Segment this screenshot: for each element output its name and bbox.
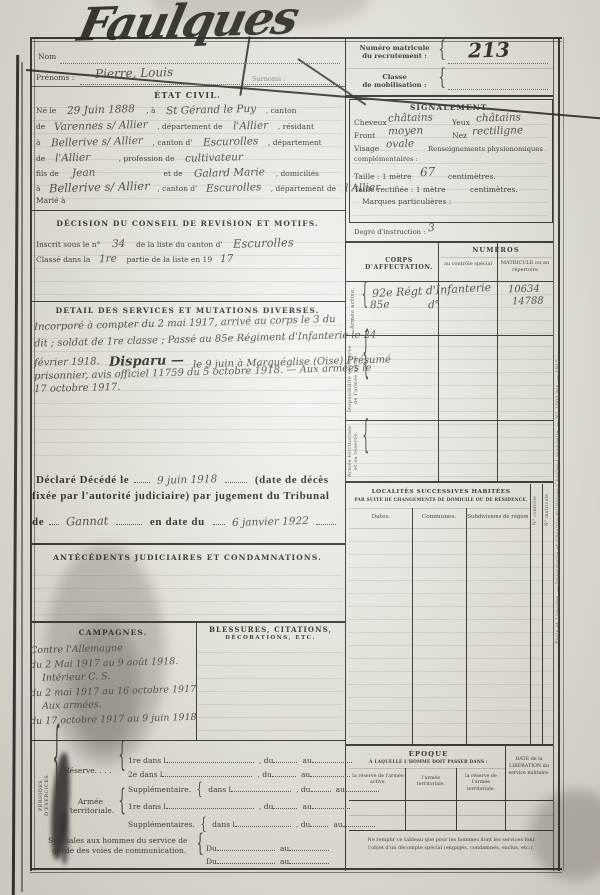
epoque-subheader-rule — [349, 800, 553, 801]
deces-leader-4 — [116, 516, 142, 525]
deces-label-3: de — [32, 516, 44, 528]
matricule-box-bottom — [345, 95, 553, 97]
binding-edge-line — [12, 55, 19, 895]
canton3-label: , canton d' — [157, 184, 197, 193]
epoque-body-bottom — [349, 830, 553, 831]
numero-brace: { — [438, 39, 445, 61]
classe-label-2: partie de la liste en 19 — [126, 255, 212, 264]
speciales-du-2: Du — [206, 857, 217, 866]
row-4-label: 1re dans l — [128, 802, 166, 811]
classe-leader — [448, 88, 548, 90]
prenoms-leader — [80, 83, 340, 85]
numeros-title: NUMÉROS — [440, 246, 552, 254]
classe-mobilisation-label: Classede mobilisation : — [352, 73, 437, 90]
numero-matricule-label: Numéro matriculedu recrutement : — [352, 44, 437, 61]
speciales-leader-2 — [217, 855, 275, 864]
taille-rectifiee-unit: centimètres. — [470, 185, 518, 194]
row-5-au-leader — [343, 818, 375, 827]
exercices-row-5: Supplémentaires. { dans l , du au — [128, 812, 375, 831]
corps-row-divider-1 — [345, 335, 553, 336]
exercices-main-brace: { — [52, 721, 61, 799]
form-border-bottom-inner — [30, 872, 562, 873]
campagnes-title: CAMPAGNES. — [30, 628, 196, 637]
jugement-date: 6 janvier 1922 — [232, 515, 309, 529]
printer-imprint: Paris et Limoges. — Imprimerie et librai… — [555, 250, 561, 750]
nom-leader — [60, 62, 340, 64]
reserve-brace: { — [118, 740, 125, 774]
col-subdivisions-header: Subdivisions de région — [466, 514, 530, 520]
row-4-au-leader — [312, 800, 350, 809]
suppl2-label: Supplémentaires. — [128, 820, 195, 829]
epoque-subtitle: À LAQUELLE L'HOMME DOIT PASSER DANS : — [352, 760, 505, 765]
col-controle-vertical-label: N° contrôle — [532, 489, 537, 531]
classe-brace: { — [438, 67, 445, 89]
visage-value: ovale — [386, 138, 414, 151]
classe-label-line-1: Classe — [382, 73, 406, 81]
scanned-document: Faulques Nom Prénoms : Pierre, Louis Sur… — [0, 0, 600, 895]
classe-partie: 1re — [99, 253, 117, 265]
side-label-disponibilite-2: de l'armée active. — [354, 340, 359, 418]
speciales-leader-2b — [289, 855, 329, 864]
degre-instruction-value: 3 — [428, 222, 435, 234]
localites-header-rule — [349, 508, 530, 509]
form-border-bottom — [30, 868, 562, 870]
epoque-col-3-header: la réserve de l'armée territoriale. — [458, 774, 504, 793]
row-4-leader — [166, 800, 254, 809]
corps-table-top — [345, 241, 553, 243]
regiment-entry-2: 85e — [370, 299, 390, 312]
renseignements-label-1: Renseignements physionomiques — [428, 145, 543, 153]
corps-row-divider-2 — [345, 420, 553, 421]
prenoms-label: Prénoms : — [36, 73, 74, 82]
campagnes-line-5: Aux armées. — [42, 699, 102, 712]
smudge-bottom-right — [530, 790, 600, 880]
prenoms-value: Pierre, Louis — [95, 65, 173, 81]
numero-classe-divider — [345, 68, 553, 69]
row-3-au: au — [336, 785, 345, 794]
numero-matricule-label-1: Numéro matricule — [359, 44, 429, 52]
row-5-du: , du — [296, 820, 310, 829]
services-title: DETAIL DES SERVICES ET MUTATIONS DIVERSE… — [30, 306, 345, 315]
speciales-brace: { — [196, 832, 203, 857]
visage-label: Visage — [354, 144, 379, 153]
territoriale-brace: { — [118, 788, 125, 817]
epoque-col-2-header: l'armée territoriale. — [407, 776, 455, 789]
surname-signature: Faulques — [73, 0, 302, 52]
front-label: Front — [354, 131, 375, 140]
deces-line-2: fixée par l'autorité judiciaire) par jug… — [32, 490, 330, 502]
blessures-title-2: DÉCORATIONS, ETC. — [196, 635, 345, 641]
tribunal-name: Gannat — [66, 513, 109, 528]
matricule-entry-2: 14788 — [512, 296, 544, 308]
speciales-label-1: Spéciales aux hommes du service de — [48, 836, 187, 845]
binding-edge-line-2 — [21, 62, 23, 892]
regiment-entry-2-ditto: d° — [428, 299, 440, 311]
suppl-dans-l: dans l — [208, 785, 231, 794]
epoque-col-divider-2 — [456, 768, 457, 830]
deces-leader-2 — [225, 474, 247, 483]
speciales-au-2: au — [280, 857, 289, 866]
domicile-canton: Escurolles — [206, 181, 262, 194]
localites-bottom — [345, 744, 553, 746]
taille-value: 67 — [420, 165, 436, 179]
deces-label-2: (date de décès — [255, 474, 329, 486]
matricule-entry-1: 10634 — [508, 284, 540, 296]
epoque-row-rule — [349, 815, 553, 816]
classe-label-line-2: de mobilisation : — [363, 81, 427, 89]
domicile-value: Bellerive s/ Allier — [48, 179, 149, 196]
row-2-au-leader — [310, 768, 350, 777]
header-rule — [30, 86, 345, 87]
deces-leader-6 — [316, 516, 336, 525]
campagnes-rule — [30, 740, 345, 741]
deces-leader-5 — [213, 516, 225, 525]
dept3-label: , département de — [271, 184, 336, 193]
col-matricule-header: MATRICULE ou au répertoire — [498, 260, 552, 273]
row-3-du: , du — [296, 785, 310, 794]
speciales-label-2: garde des voies de communication. — [52, 846, 186, 855]
row-2-leader — [162, 768, 252, 777]
corps-affectation-title: CORPS D'AFFECTATION. — [360, 257, 438, 271]
epoque-note-1: Ne remplir ce tableau que pour les homme… — [352, 837, 550, 843]
row-4-du-leader — [273, 800, 297, 809]
row-5-du-leader — [310, 818, 328, 827]
degre-instruction-label: Degré d'instruction : — [354, 228, 426, 236]
side-label-armee-active: Armée active. — [350, 286, 356, 330]
antecedents-rule — [30, 621, 345, 623]
taille-unit: centimètres. — [448, 172, 496, 181]
epoque-date-col-header: DATE de la LIBÉRATION du service militai… — [507, 756, 551, 778]
col-dates-header: Dates. — [352, 514, 410, 520]
liste-canton: Escurolles — [232, 235, 293, 251]
numero-matricule-label-2: du recrutement : — [362, 52, 427, 60]
speciales-row-2: Du au — [206, 849, 329, 868]
armee-active-brace: { — [361, 280, 368, 309]
deces-line-3: de Gannat en date du 6 janvier 1922 — [32, 510, 336, 529]
yeux-value: châtains — [476, 111, 521, 124]
antecedents-ruled-area — [32, 575, 343, 617]
blessures-ruled-area — [198, 652, 343, 740]
exercices-row-4: 1re dans l , du au — [128, 794, 350, 813]
nez-label: Nez — [452, 131, 467, 140]
decision-rule — [30, 301, 345, 302]
row-4-au: au — [303, 802, 312, 811]
territoriale-label-1: Armée — [78, 797, 103, 806]
cheveux-value: châtains — [388, 111, 433, 124]
epoque-title: ÉPOQUE — [352, 750, 505, 758]
blessures-title-1: BLESSURES, CITATIONS, — [196, 625, 345, 634]
epoque-note-2: l'objet d'un décompte spécial (engagés, … — [352, 845, 550, 851]
territoriale-corps-brace: { — [362, 415, 369, 453]
numeros-underline — [440, 257, 552, 258]
surnoms-label: Surnoms : — [252, 75, 286, 83]
antecedents-title: ANTÉCÉDENTS JUDICIAIRES ET CONDAMNATIONS… — [30, 553, 345, 562]
deces-date: 9 juin 1918 — [157, 473, 218, 487]
deces-label-4: en date du — [150, 516, 205, 528]
col-communes-header: Communes. — [412, 514, 466, 520]
etat-civil-line-6: à Bellerive s/ Allier , canton d' Escuro… — [36, 176, 384, 195]
row-3-du-leader — [311, 783, 331, 792]
front-value: moyen — [388, 125, 423, 138]
page-edge-right — [563, 37, 564, 871]
taille-label: Taille : 1 mètre — [354, 172, 412, 181]
campagnes-line-3: Intérieur C. S. — [42, 671, 111, 684]
numero-leader — [448, 62, 548, 64]
epoque-col-divider-1 — [405, 768, 406, 830]
a3-label: à — [36, 184, 40, 193]
epoque-header-rule — [349, 768, 505, 769]
side-label-territoriale-1: Armée territoriale — [348, 424, 353, 478]
disponibilite-brace: { — [362, 324, 369, 379]
form-border-right — [553, 37, 554, 871]
row-5-au: au — [333, 820, 342, 829]
deces-leader-3 — [49, 516, 59, 525]
reserve-label: Réserve. . . . — [64, 766, 111, 775]
epoque-col-1-header: la réserve de l'armée active. — [352, 774, 404, 787]
services-line-5: 17 octobre 1917. — [34, 382, 121, 395]
numero-matricule-value: 213 — [468, 37, 510, 62]
etat-civil-rule — [30, 210, 345, 211]
corps-table-bottom — [345, 481, 553, 483]
suppl-label: Supplémentaire. — [128, 785, 191, 794]
deces-rule — [30, 543, 345, 545]
side-label-disponibilite-1: Disponibilité et réserve — [348, 340, 353, 418]
nez-value: rectiligne — [472, 124, 523, 137]
row-2-du-leader — [272, 768, 296, 777]
decision-title: DÉCISION DU CONSEIL DE REVISION ET MOTIF… — [30, 219, 345, 228]
row-4-du: , du — [259, 802, 273, 811]
taille-rectifiee-label: Taille rectifiée : 1 mètre — [354, 185, 445, 194]
suppl2-dans-l: dans l — [212, 820, 235, 829]
col-controle-header: au contrôle spécial — [440, 261, 496, 268]
row-5-leader — [235, 818, 291, 827]
localites-subheader-rule — [349, 528, 530, 529]
marques-label: Marques particulières : — [362, 197, 451, 206]
exercices-side-label-2: D'EXERCICES. — [44, 750, 50, 840]
classe-label-1: Classé dans la — [36, 255, 90, 264]
side-label-territoriale-2: et sa réserve. — [354, 424, 359, 478]
corps-ruled-area — [346, 294, 552, 477]
epoque-col-divider-3 — [505, 746, 506, 830]
deces-leader-1 — [134, 474, 150, 483]
localites-subtitle: PAR SUITE DE CHANGEMENTS DE DOMICILE OU … — [352, 498, 530, 503]
territoriale-label-2: territoriale. — [70, 806, 114, 815]
marie-label: Marié à — [36, 196, 65, 205]
services-line-3-pre: février 1918. — [34, 356, 100, 369]
deces-label-1: Déclaré Décédé le — [36, 474, 129, 486]
localites-ruled-area — [349, 541, 553, 741]
nom-label: Nom — [38, 52, 56, 61]
yeux-label: Yeux — [452, 118, 470, 127]
decision-line-2: Classé dans la 1re partie de la liste en… — [36, 247, 237, 266]
renseignements-label-2: complémentaires : — [354, 155, 418, 163]
corps-header-bottom — [345, 281, 553, 282]
localites-title: LOCALITÉS SUCCESSIVES HABITÉES — [352, 489, 530, 495]
deces-line-1: Déclaré Décédé le 9 juin 1918 (date de d… — [36, 468, 329, 487]
classe-annee: 17 — [220, 253, 234, 265]
cheveux-label: Cheveux — [354, 118, 387, 127]
row-3-leader — [231, 783, 291, 792]
dept2-label: , département — [268, 138, 322, 147]
col-matricule-vertical-label: N° matricule — [544, 489, 549, 531]
